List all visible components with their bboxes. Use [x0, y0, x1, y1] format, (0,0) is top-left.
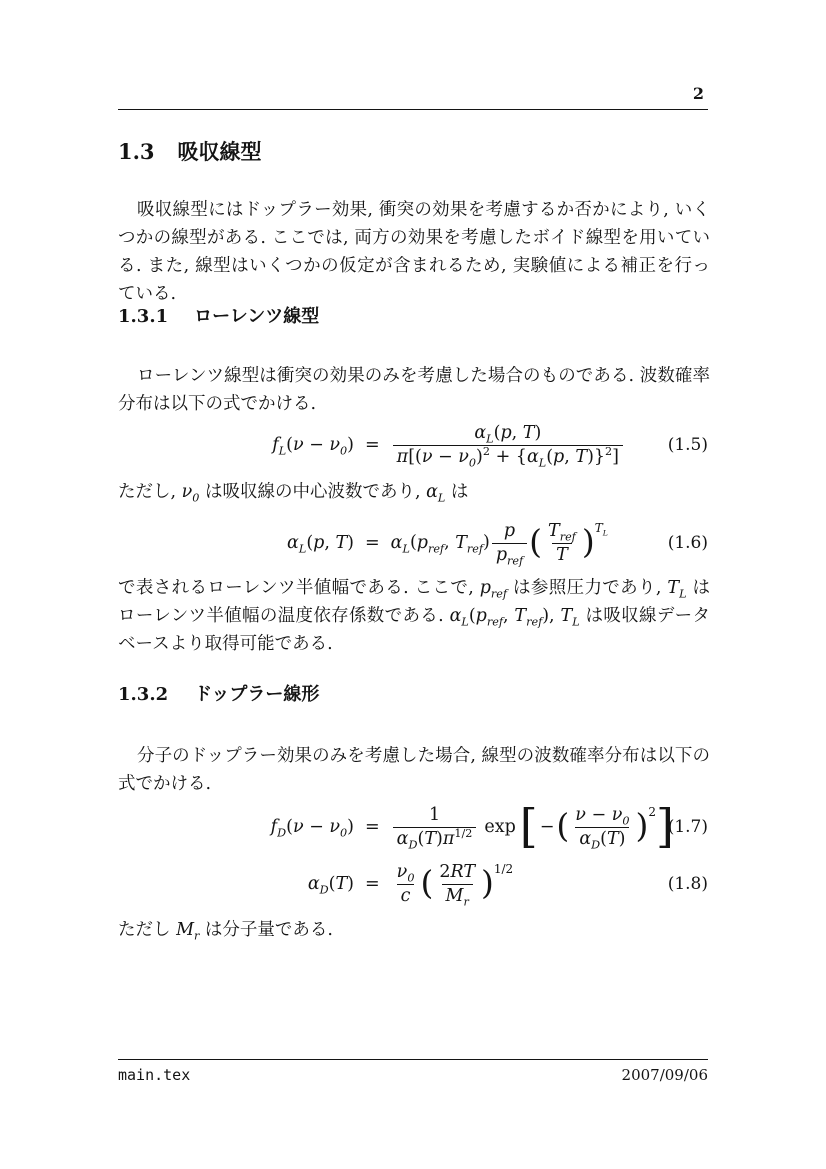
- subsection-title: ドップラー線形: [194, 684, 319, 705]
- fraction: 1αD(T)π1/2: [393, 805, 477, 849]
- fraction-denominator: αD(T)π1/2: [393, 827, 477, 850]
- subsection-number: 1.3.1: [118, 306, 168, 327]
- paragraph-after-eq15: ただし, ν0 は吸収線の中心波数であり, αL は: [118, 478, 710, 506]
- footer-date: 2007/09/06: [118, 1064, 708, 1086]
- equation-lhs: fL(ν − ν0): [118, 435, 354, 455]
- equation-rhs: αL(pref, Tref)ppref(TrefT)TL: [391, 521, 710, 565]
- paragraph-lorentz-intro: ローレンツ線型は衝突の効果のみを考慮した場合のものである. 波数確率分布は以下の…: [118, 362, 710, 418]
- fraction-denominator: c: [397, 884, 415, 907]
- document-page: 2 1.3吸収線型 吸収線型にはドップラー効果, 衝突の効果を考慮するか否かによ…: [0, 0, 826, 1169]
- equation-1-6: αL(p, T) = αL(pref, Tref)ppref(TrefT)TL …: [118, 511, 710, 575]
- subsection-number: 1.3.2: [118, 684, 168, 705]
- fraction-numerator: p: [500, 521, 519, 543]
- exp-function-label: exp: [484, 817, 515, 837]
- fraction-denominator: pref: [492, 543, 527, 566]
- equation-rhs: 1αD(T)π1/2exp[−(ν − ν0αD(T))2]: [391, 805, 710, 849]
- section-number: 1.3: [118, 139, 155, 164]
- fraction: TrefT: [544, 521, 580, 565]
- section-heading: 1.3吸収線型: [118, 139, 710, 165]
- equation-1-5: fL(ν − ν0) = αL(p, T)π[(ν − ν0)2 + {αL(p…: [118, 413, 710, 477]
- fraction: ppref: [492, 521, 527, 565]
- fraction-denominator: π[(ν − ν0)2 + {αL(p, T)}2]: [393, 445, 623, 468]
- fraction: ν0c: [393, 862, 419, 906]
- exponent: TL: [595, 521, 608, 535]
- paragraph-doppler-intro: 分子のドップラー効果のみを考慮した場合, 線型の波数確率分布は以下の式でかける.: [118, 742, 710, 798]
- fraction-denominator: αD(T): [575, 827, 629, 850]
- left-bracket: [: [520, 799, 538, 853]
- exponent: 1/2: [494, 862, 513, 876]
- header-rule: [118, 109, 708, 110]
- fraction-denominator: Mr: [442, 884, 473, 907]
- left-paren: (: [556, 806, 569, 845]
- fraction-numerator: ν0: [393, 862, 419, 884]
- footer-rule: [118, 1059, 708, 1060]
- left-paren: (: [529, 522, 542, 561]
- equation-lhs: αL(p, T): [118, 533, 354, 553]
- paragraph-intro: 吸収線型にはドップラー効果, 衝突の効果を考慮するか否かにより, いくつかの線型…: [118, 196, 710, 308]
- fraction: αL(p, T)π[(ν − ν0)2 + {αL(p, T)}2]: [393, 423, 623, 467]
- equation-number: (1.5): [668, 435, 708, 455]
- equation-rhs: αL(p, T)π[(ν − ν0)2 + {αL(p, T)}2]: [391, 423, 710, 467]
- exponent: 2: [648, 805, 656, 819]
- subsection-heading-lorentz: 1.3.1ローレンツ線型: [118, 306, 710, 328]
- fraction-numerator: 2RT: [435, 862, 479, 884]
- equation-lhs: fD(ν − ν0): [118, 817, 354, 837]
- fraction: 2RTMr: [435, 862, 479, 906]
- minus-sign: −: [540, 817, 555, 837]
- subsection-heading-doppler: 1.3.2ドップラー線形: [118, 684, 710, 706]
- paragraph-after-eq18: ただし Mr は分子量である.: [118, 916, 710, 944]
- equation-1-8: αD(T) = ν0c(2RTMr)1/2 (1.8): [118, 852, 710, 916]
- equals-sign: =: [365, 533, 380, 553]
- section-title: 吸収線型: [178, 140, 262, 164]
- fraction-numerator: ν − ν0: [571, 805, 633, 827]
- equals-sign: =: [365, 817, 380, 837]
- rhs-prefix: αL(pref, Tref): [391, 533, 490, 553]
- paragraph-after-eq16: で表されるローレンツ半値幅である. ここで, pref は参照圧力であり, TL…: [118, 574, 710, 658]
- equation-number: (1.6): [668, 533, 708, 553]
- equation-1-7: fD(ν − ν0) = 1αD(T)π1/2exp[−(ν − ν0αD(T)…: [118, 795, 710, 859]
- subsection-title: ローレンツ線型: [194, 306, 319, 327]
- equation-rhs: ν0c(2RTMr)1/2: [391, 862, 710, 906]
- equals-sign: =: [365, 435, 380, 455]
- equation-lhs: αD(T): [118, 874, 354, 894]
- page-number: 2: [118, 84, 704, 104]
- fraction-denominator: T: [552, 543, 572, 566]
- equation-number: (1.8): [668, 874, 708, 894]
- fraction-numerator: αL(p, T): [470, 423, 545, 445]
- right-paren: ): [481, 863, 494, 902]
- left-paren: (: [420, 863, 433, 902]
- right-paren: ): [636, 806, 649, 845]
- equation-number: (1.7): [668, 817, 708, 837]
- fraction: ν − ν0αD(T): [571, 805, 633, 849]
- equals-sign: =: [365, 874, 380, 894]
- fraction-numerator: Tref: [544, 521, 580, 543]
- right-paren: ): [582, 522, 595, 561]
- fraction-numerator: 1: [425, 805, 444, 827]
